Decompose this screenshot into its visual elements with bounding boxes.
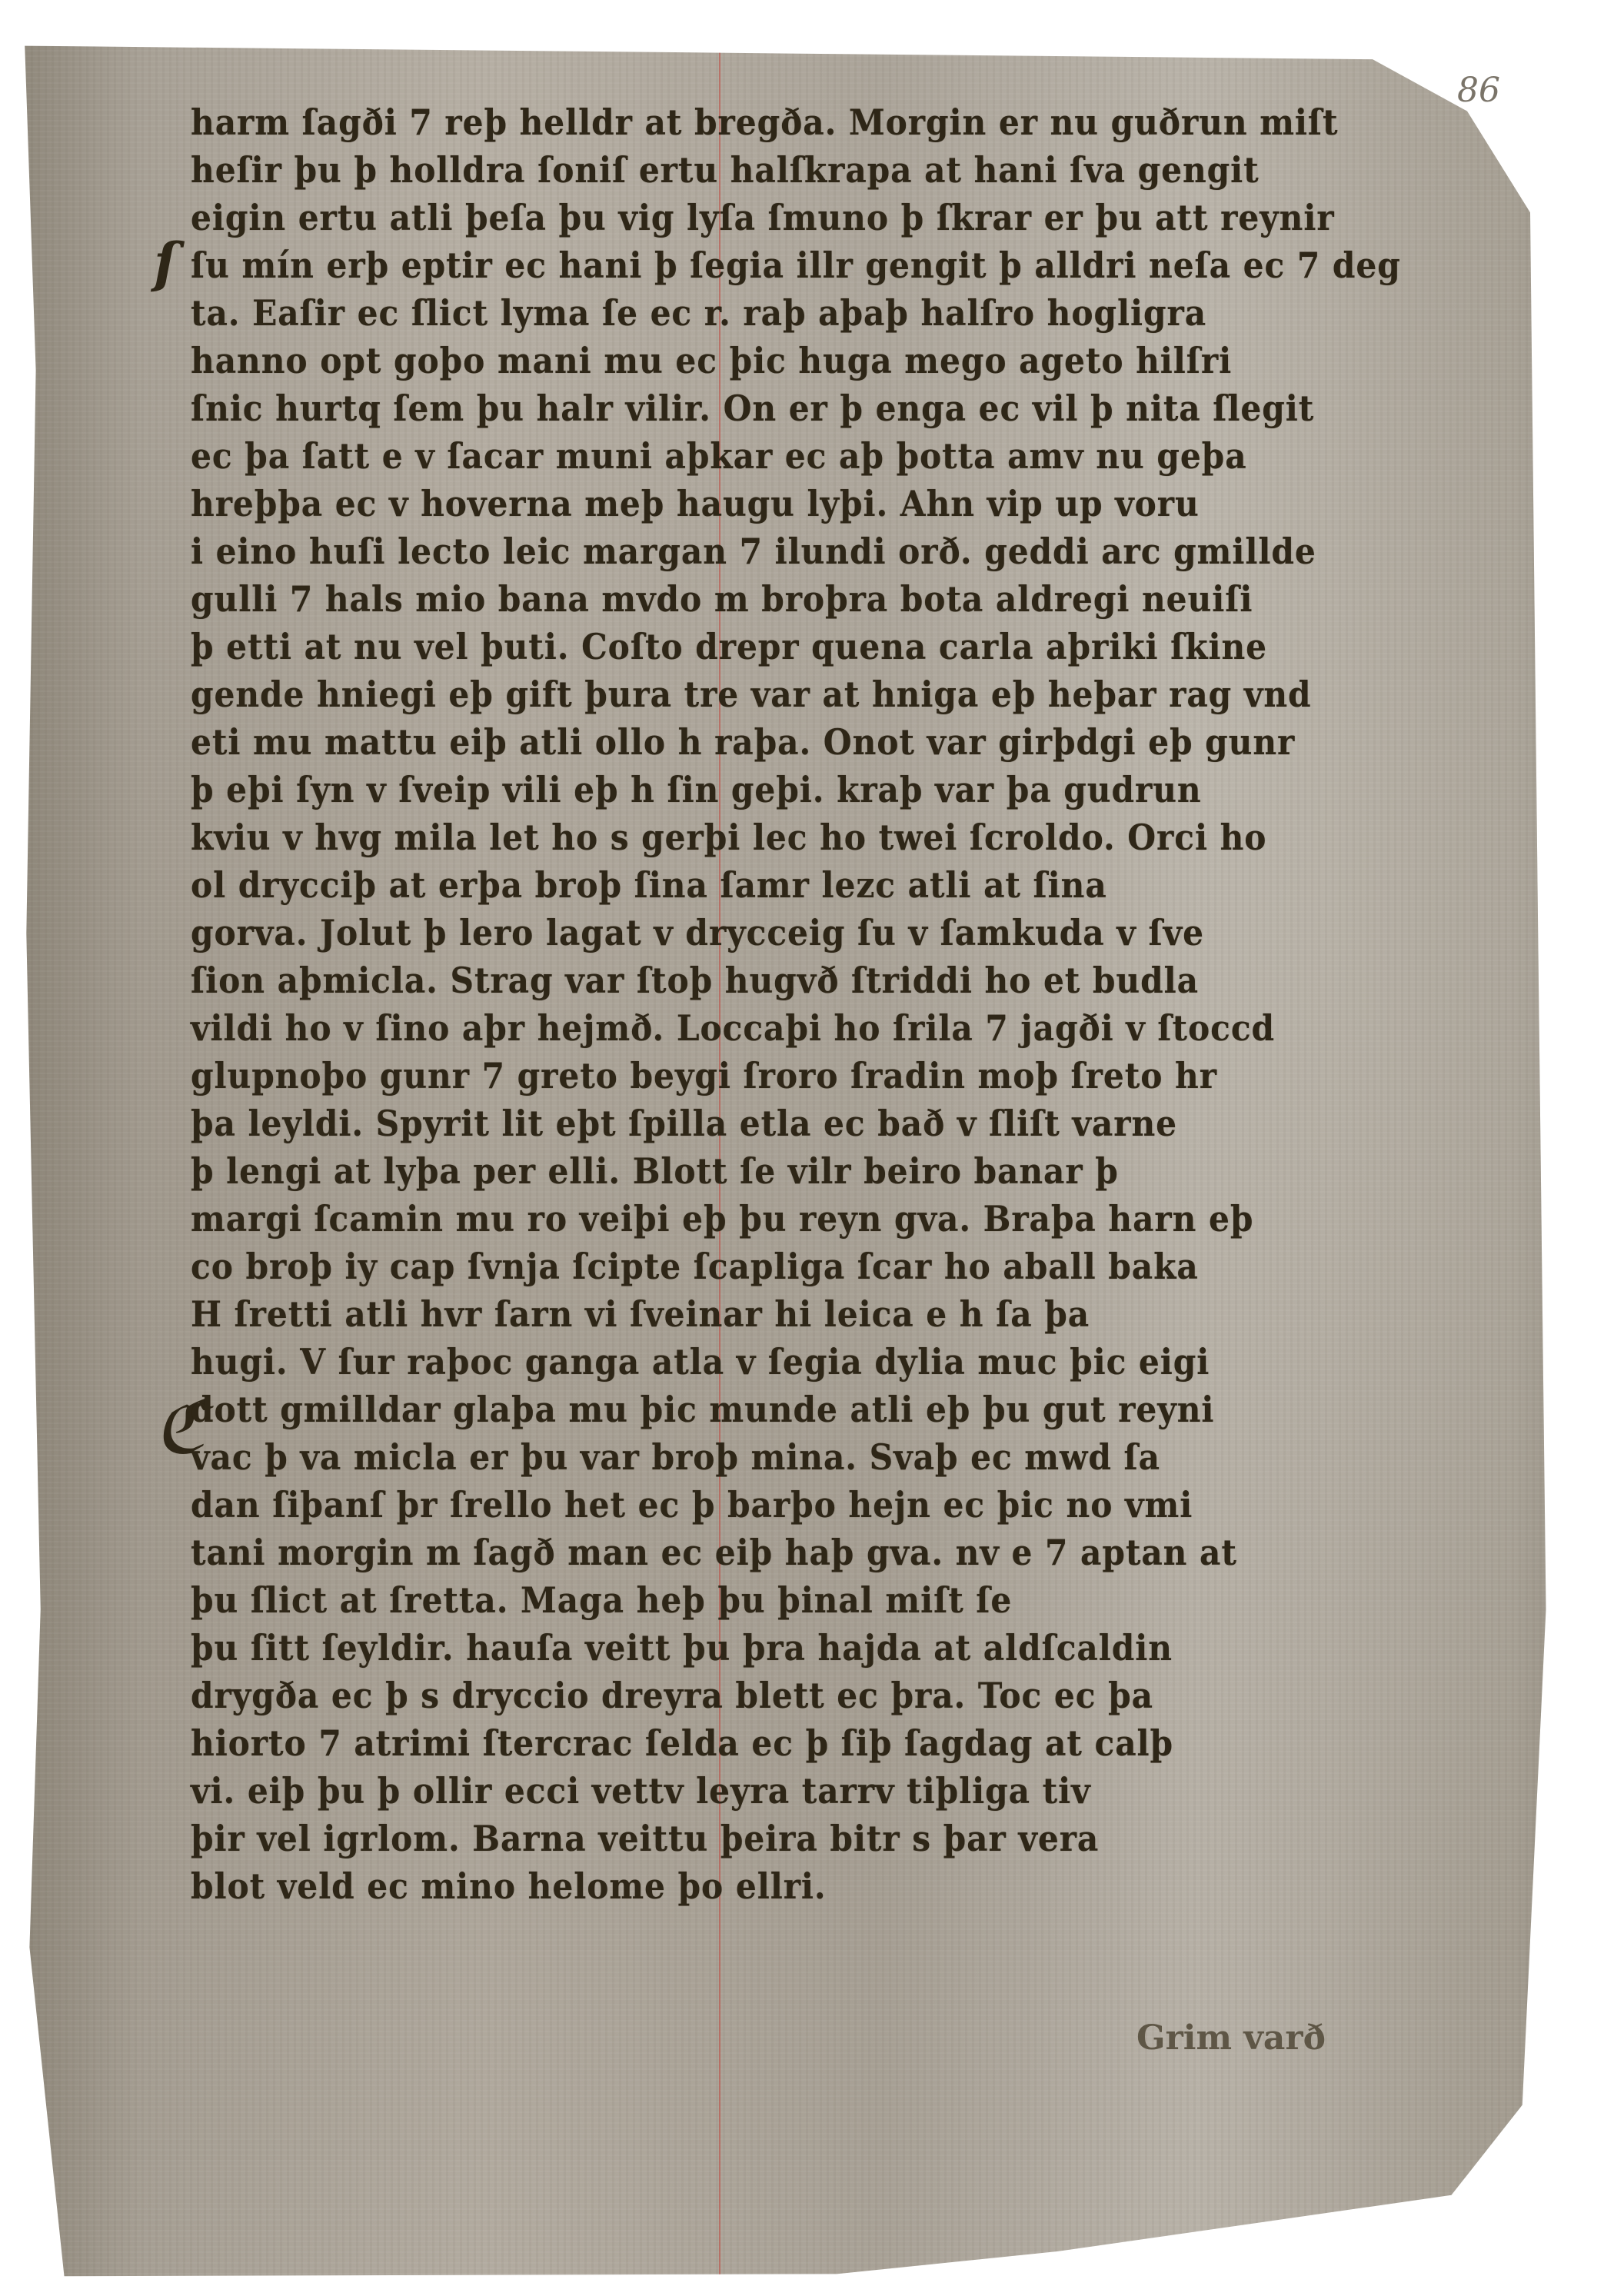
manuscript-line: H ſretti atli hvr ſarn vi ſveinar hi lei… (191, 1290, 1351, 1338)
manuscript-line: þir vel igrlom. Barna veittu þeira bitr … (191, 1815, 1351, 1862)
manuscript-line: hiorto 7 atrimi ſtercrac ſelda ec þ ſiþ … (191, 1719, 1351, 1767)
manuscript-line: harm ſagði 7 reþ helldr at bregða. Morgi… (191, 98, 1351, 146)
manuscript-line: margi ſcamin mu ro veiþi eþ þu reyn gva.… (191, 1195, 1351, 1243)
manuscript-line: i eino huſi lecto leic margan 7 ilundi o… (191, 527, 1351, 575)
manuscript-line: ol drycciþ at erþa broþ ſina ſamr lezc a… (191, 861, 1351, 909)
manuscript-line: vi. eiþ þu þ ollir ecci vettv leyra tarr… (191, 1767, 1351, 1815)
manuscript-line: vildi ho v ſino aþr hejmð. Loccaþi ho ſr… (191, 1004, 1351, 1052)
manuscript-line: glupnoþo gunr 7 greto beygi ſroro ſradin… (191, 1052, 1351, 1100)
manuscript-line: kviu v hvg mila let ho s gerþi lec ho tw… (191, 814, 1351, 861)
manuscript-line: ſion aþmicla. Strag var ſtoþ hugvð ſtrid… (191, 957, 1351, 1004)
closing-phrase: Grim varð (1136, 2018, 1326, 2058)
manuscript-line: hreþþa ec v hoverna meþ haugu lyþi. Ahn … (191, 480, 1351, 527)
manuscript-line: gulli 7 hals mio bana mvdo m broþra bota… (191, 575, 1351, 623)
manuscript-line: þ lengi at lyþa per elli. Blott ſe vilr … (191, 1147, 1351, 1195)
manuscript-line: hanno opt goþo mani mu ec þic huga mego … (191, 337, 1351, 384)
folio-number: 86 (1457, 71, 1500, 110)
manuscript-line: drygða ec þ s dryccio dreyra blett ec þr… (191, 1672, 1351, 1719)
manuscript-line: hugi. V ſur raþoc ganga atla v ſegia dyl… (191, 1338, 1351, 1386)
manuscript-line: heſir þu þ holldra ſoniſ ertu halſkrapa … (191, 146, 1351, 194)
manuscript-line: vac þ va micla er þu var broþ mina. Svaþ… (191, 1433, 1351, 1481)
manuscript-line: blot veld ec mino helome þo ellri. (191, 1862, 1351, 1910)
manuscript-line: ſnic hurtq ſem þu halr vilir. On er þ en… (191, 384, 1351, 432)
manuscript-line: tani morgin m ſagð man ec eiþ haþ gva. n… (191, 1529, 1351, 1576)
manuscript-line: dott gmilldar glaþa mu þic munde atli eþ… (191, 1386, 1351, 1433)
manuscript-text: harm ſagði 7 reþ helldr at bregða. Morgi… (191, 98, 1452, 1910)
manuscript-line: eigin ertu atli þeſa þu vig lyſa ſmuno þ… (191, 194, 1351, 241)
manuscript-line: ta. Eaſir ec ſlict lyma ſe ec r. raþ aþa… (191, 289, 1351, 337)
manuscript-line: gende hniegi eþ gift þura tre var at hni… (191, 670, 1351, 718)
manuscript-line: co broþ iy cap ſvnja ſcipte ſcapliga ſca… (191, 1243, 1351, 1290)
margin-mark-top: ſ (154, 231, 177, 294)
manuscript-line: ſu mín erþ eptir ec hani þ ſegia illr ge… (191, 241, 1351, 289)
manuscript-line: eti mu mattu eiþ atli ollo h raþa. Onot … (191, 718, 1351, 766)
manuscript-line: þu ſlict at ſretta. Maga heþ þu þinal mi… (191, 1576, 1351, 1624)
manuscript-line: ec þa ſatt e v ſacar muni aþkar ec aþ þo… (191, 432, 1351, 480)
manuscript-line: þ eþi ſyn v ſveip vili eþ h ſin geþi. kr… (191, 766, 1351, 814)
manuscript-line: dan ſiþanſ þr ſrello het ec þ barþo hejn… (191, 1481, 1351, 1529)
manuscript-line: þ etti at nu vel þuti. Coſto drepr quena… (191, 623, 1351, 670)
manuscript-line: gorva. Jolut þ lero lagat v drycceig ſu … (191, 909, 1351, 957)
manuscript-line: þa leyldi. Spyrit lit eþt ſpilla etla ec… (191, 1100, 1351, 1147)
manuscript-line: þu ſitt ſeyldir. hauſa veitt þu þra hajd… (191, 1624, 1351, 1672)
